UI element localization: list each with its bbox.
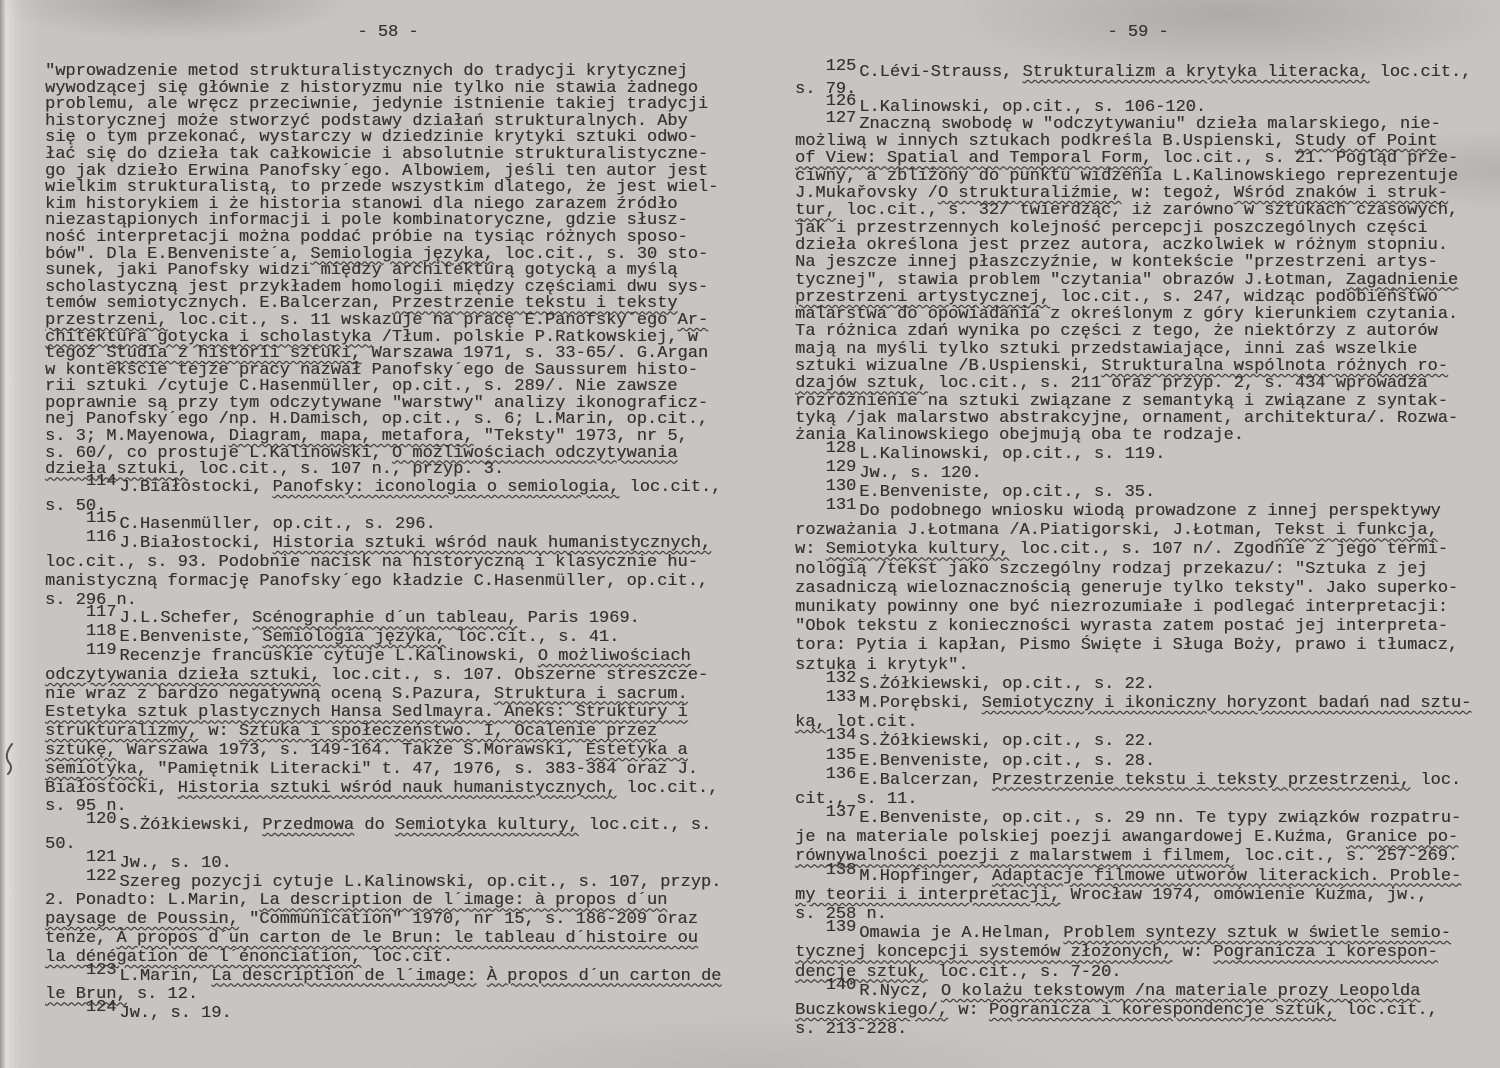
- footnote-marker: 137: [826, 803, 857, 822]
- text-segment: [795, 694, 826, 713]
- text-line: 130E.Benveniste, op.cit., s. 35.: [795, 483, 1481, 502]
- footnote-marker: 115: [86, 509, 117, 528]
- text-segment: [45, 873, 86, 892]
- text-segment: [45, 1004, 86, 1023]
- underlined-title: Estetyka a: [586, 741, 688, 760]
- text-segment: [795, 445, 826, 464]
- text-segment: [795, 867, 826, 886]
- underlined-title: Historia sztuki wśród nauk humanistyczny…: [272, 534, 711, 553]
- text-segment: [795, 752, 826, 771]
- text-line: 129Jw., s. 120.: [795, 464, 1481, 483]
- underlined-title: dencje sztuk,: [795, 963, 928, 982]
- text-segment: rozróżnienie na sztuki związane z semant…: [795, 392, 1448, 411]
- underlined-title: Granice po-: [1346, 828, 1458, 847]
- text-segment: zasadniczą wieloznacznością generuje tyl…: [795, 579, 1458, 598]
- text-segment: E.Benveniste,: [119, 628, 262, 647]
- underlined-title: Przedmowa: [262, 816, 354, 835]
- underlined-title: La description de l´image:: [211, 967, 476, 986]
- footnote-marker: 114: [86, 472, 117, 491]
- text-segment: nologią /tekst jako szczególny rodzaj pr…: [795, 560, 1428, 579]
- text-segment: munikaty powinny one być niezrozumiałe i…: [795, 598, 1448, 617]
- text-segment: loc.cit., s. 107 n., przyp. 3.: [188, 460, 504, 479]
- page-59: - 59 - 125C.Lévi-Strauss, Strukturalizm …: [795, 24, 1481, 1039]
- footnote-marker: 126: [826, 92, 857, 111]
- text-line: J.Mukařovsky /O strukturaliźmie, w: tego…: [795, 185, 1481, 202]
- text-line: zasadniczą wieloznacznością generuje tyl…: [795, 579, 1481, 598]
- text-line: 120S.Żółkiewski, Przedmowa do Semiotyka …: [45, 817, 731, 836]
- text-segment: manistyczną formację Panofsky´ego kładzi…: [45, 572, 708, 591]
- underlined-title: strukturalizmy,: [45, 722, 198, 741]
- footnote-marker: 124: [86, 998, 117, 1017]
- text-segment: [45, 628, 86, 647]
- text-line: s. 50.: [45, 498, 731, 517]
- underlined-title: Buczkowskiego/,: [795, 1001, 948, 1020]
- text-line: równywalności poezji z malarstwem i film…: [795, 847, 1481, 866]
- text-line: 122Szereg pozycji cytuje L.Kalinowski, o…: [45, 874, 731, 893]
- text-segment: M.Hopfinger,: [859, 867, 992, 886]
- underlined-title: przestrzeni artystycznej,: [795, 288, 1050, 307]
- page-number: - 58 -: [45, 24, 731, 42]
- text-segment: S.Żółkiewski, op.cit., s. 22.: [859, 732, 1155, 751]
- text-line: przestrzeni artystycznej, loc.cit., s. 2…: [795, 289, 1481, 306]
- underlined-title: odczytywania dzieła sztuki,: [45, 666, 320, 685]
- text-segment: Ta różnica zdań wynika po części z tego,…: [795, 322, 1438, 341]
- text-segment: L.Marin,: [119, 967, 211, 986]
- text-line: 132S.Żółkiewski, op.cit., s. 22.: [795, 675, 1481, 694]
- text-line: możliwą w innych sztukach podkreśla B.Us…: [795, 133, 1481, 150]
- footnote-marker: 122: [86, 867, 117, 886]
- underlined-title: dzieła sztuki,: [45, 460, 188, 479]
- text-segment: [45, 534, 86, 553]
- text-line: strukturalizmy, w: Sztuka i społeczeństw…: [45, 723, 731, 742]
- body-paragraph: "wprowadzenie metod strukturalistycznych…: [45, 64, 731, 479]
- text-line: ką, lot.cit.: [795, 713, 1481, 732]
- text-line: jak i przestrzennych kolejność percepcji…: [795, 220, 1481, 237]
- text-segment: je na materiale polskiej poezji awangard…: [795, 828, 1346, 847]
- text-segment: dzieła określona jest przez autora, aczk…: [795, 236, 1448, 255]
- text-line: 133M.Porębski, Semiotyczny i ikoniczny h…: [795, 694, 1481, 713]
- footnote-block: 125C.Lévi-Strauss, Strukturalizm a kryty…: [795, 64, 1481, 445]
- text-segment: możliwą w innych sztukach podkreśla B.Us…: [795, 132, 1295, 151]
- text-line: 135E.Benveniste, op.cit., s. 28.: [795, 752, 1481, 771]
- text-segment: E.Benveniste, op.cit., s. 29 nn. Te typy…: [859, 809, 1461, 828]
- underlined-title: Pogranicza i korespon-: [1213, 943, 1437, 962]
- text-segment: [45, 609, 86, 628]
- text-segment: cit., s. 11.: [795, 790, 917, 809]
- text-line: "Obok tekstu z konieczności wyrasta zate…: [795, 617, 1481, 636]
- text-line: le Brun, s. 12.: [45, 986, 731, 1005]
- footnote-block: 114J.Białostocki, Panofsky: iconologia o…: [45, 479, 731, 1024]
- text-segment: loc.cit., s.: [579, 816, 712, 835]
- underlined-title: O kolażu tekstowym /na materiale prozy L…: [941, 982, 1420, 1001]
- text-segment: sztuka i krytyk".: [795, 656, 968, 675]
- text-segment: Paris 1969.: [517, 609, 639, 628]
- footnote-marker: 116: [86, 528, 117, 547]
- text-segment: s. 213-228.: [795, 1020, 907, 1039]
- text-segment: [45, 967, 86, 986]
- underlined-title: À propos d´un carton de: [487, 967, 722, 986]
- text-segment: loc.cit., s. 21. Pogląd prze-: [1152, 149, 1458, 168]
- text-line: tycznej", stawia problem "czytania" obra…: [795, 272, 1481, 289]
- text-line: loc.cit., s. 93. Podobnie nacisk na hist…: [45, 554, 731, 573]
- footnote-marker: 130: [826, 477, 857, 496]
- footnote-marker: 123: [86, 961, 117, 980]
- text-line: 140R.Nycz, O kolażu tekstowym /na materi…: [795, 982, 1481, 1001]
- text-line: 115C.Hasenmüller, op.cit., s. 296.: [45, 516, 731, 535]
- text-segment: M.Porębski,: [859, 694, 981, 713]
- page-text: 125C.Lévi-Strauss, Strukturalizm a kryty…: [795, 64, 1481, 1039]
- footnote-marker: 134: [826, 726, 857, 745]
- text-line: żania Kalinowskiego obejmują oba te rodz…: [795, 427, 1481, 444]
- text-line: rozważania J.Łotmana /A.Piatigorski, J.Ł…: [795, 521, 1481, 540]
- text-segment: S.Żółkiewski, op.cit., s. 22.: [859, 675, 1155, 694]
- text-line: 134S.Żółkiewski, op.cit., s. 22.: [795, 732, 1481, 751]
- text-segment: E.Benveniste, op.cit., s. 35.: [859, 483, 1155, 502]
- underlined-title: À propos d´un carton de le Brun: le tabl…: [116, 929, 698, 948]
- text-line: tur, loc.cit., s. 32/ twierdząc, iż zaró…: [795, 202, 1481, 219]
- text-segment: [795, 98, 826, 117]
- text-line: 121Jw., s. 10.: [45, 855, 731, 874]
- text-line: 2. Ponadto: L.Marin, La description de l…: [45, 892, 731, 911]
- text-segment: [795, 924, 826, 943]
- text-segment: [795, 982, 826, 1001]
- text-segment: [795, 115, 826, 134]
- book-scan: - 58 - "wprowadzenie metod strukturalist…: [0, 0, 1500, 1068]
- text-segment: tycznej", stawia problem "czytania" obra…: [795, 271, 1346, 290]
- underlined-title: równywalności poezji z malarstwem i film…: [795, 847, 1234, 866]
- text-line: s. 79.: [795, 81, 1481, 98]
- text-segment: loc.cit.,: [619, 478, 721, 497]
- text-segment: L.Kalinowski, op.cit., s. 119.: [859, 445, 1165, 464]
- text-line: sztukę, Warszawa 1973, s. 149-164. Także…: [45, 742, 731, 761]
- text-line: 131Do podobnego wniosku wiodą prowadzone…: [795, 502, 1481, 521]
- text-line: 118E.Benveniste, Semiologia języka, loc.…: [45, 629, 731, 648]
- text-segment: Recenzje francuskie cytuje L.Kalinowski,: [119, 647, 537, 666]
- text-line: tyką /jak malarstwo abstrakcyjne, orname…: [795, 410, 1481, 427]
- underlined-title: Strukturalna wspólnota różnych ro-: [1101, 357, 1448, 376]
- underlined-title: Struktura i sacrum.: [494, 685, 688, 704]
- text-segment: [45, 647, 86, 666]
- footnote-marker: 135: [826, 746, 857, 765]
- text-segment: loc.cit.: [361, 948, 453, 967]
- text-line: mają na myśli tylko sztuki przedstawiają…: [795, 341, 1481, 358]
- underlined-title: Estetyka sztuk plastycznych Hansa Sedlma…: [45, 703, 688, 722]
- text-line: 117J.L.Schefer, Scénographie d´un tablea…: [45, 610, 731, 629]
- page-58: - 58 - "wprowadzenie metod strukturalist…: [45, 24, 731, 1024]
- text-line: ciwny, a zbliżony do punktu widzenia L.K…: [795, 168, 1481, 185]
- text-segment: S.Żółkiewski,: [119, 816, 262, 835]
- text-segment: rozważania J.Łotmana /A.Piatigorski, J.Ł…: [795, 521, 1274, 540]
- text-line: 139Omawia je A.Helman, Problem syntezy s…: [795, 924, 1481, 943]
- text-segment: J.Mukařovsky /: [795, 184, 938, 203]
- underlined-title: my teorii i interpretacji,: [795, 886, 1060, 905]
- footnote-marker: 136: [826, 765, 857, 784]
- text-segment: E.Balcerzan,: [859, 771, 992, 790]
- underlined-title: sztukę,: [45, 741, 116, 760]
- text-segment: "Obok tekstu z konieczności wyrasta zate…: [795, 617, 1448, 636]
- text-segment: w:: [795, 540, 826, 559]
- text-line: 127Znaczną swobodę w "odczytywaniu" dzie…: [795, 116, 1481, 133]
- page-text: "wprowadzenie metod strukturalistycznych…: [45, 64, 731, 1024]
- text-segment: mają na myśli tylko sztuki przedstawiają…: [795, 340, 1417, 359]
- text-line: Estetyka sztuk plastycznych Hansa Sedlma…: [45, 704, 731, 723]
- text-line: 123L.Marin, La description de l´image: À…: [45, 968, 731, 987]
- underlined-title: paysage de Poussin,: [45, 910, 239, 929]
- text-segment: "Communication" 1970, nr 15, s. 186-209 …: [239, 910, 698, 929]
- text-line: s. 213-228.: [795, 1020, 1481, 1039]
- underlined-title: Sztuka i społeczeństwo. I, Ocalenie prze…: [239, 722, 657, 741]
- text-segment: [45, 515, 86, 534]
- text-segment: J.Białostocki,: [119, 534, 272, 553]
- text-line: 119Recenzje francuskie cytuje L.Kalinows…: [45, 648, 731, 667]
- text-segment: w:: [1172, 943, 1213, 962]
- text-line: paysage de Poussin, "Communication" 1970…: [45, 911, 731, 930]
- text-segment: nie wraz z bardzo negatywną oceną S.Pazu…: [45, 685, 494, 704]
- text-line: Na jeszcze innej płaszczyźnie, w kontekś…: [795, 254, 1481, 271]
- text-line: sztuka i krytyk".: [795, 656, 1481, 675]
- underlined-title: Przestrzenie tekstu i teksty przestrzeni…: [992, 771, 1410, 790]
- text-line: my teorii i interpretacji, Wrocław 1974,…: [795, 886, 1481, 905]
- footnote-marker: 120: [86, 810, 117, 829]
- text-segment: C.Hasenmüller, op.cit., s. 296.: [119, 515, 435, 534]
- text-segment: loc.cit., s. 7-20.: [928, 963, 1122, 982]
- footnote-marker: 133: [826, 688, 857, 707]
- text-segment: Szereg pozycji cytuje L.Kalinowski, op.c…: [119, 873, 721, 892]
- text-line: 137E.Benveniste, op.cit., s. 29 nn. Te t…: [795, 809, 1481, 828]
- underlined-title: Semiotyka kultury,: [395, 816, 579, 835]
- underlined-title: Zagadnienie: [1346, 271, 1458, 290]
- text-segment: tora: Pytia i kapłan, Pismo Święte i Słu…: [795, 636, 1458, 655]
- underlined-title: tur,: [795, 201, 836, 220]
- underlined-title: Study of Point: [1295, 132, 1438, 151]
- text-segment: Jw., s. 19.: [119, 1004, 231, 1023]
- text-line: 136E.Balcerzan, Przestrzenie tekstu i te…: [795, 771, 1481, 790]
- text-segment: loc.cit., s. 93. Podobnie nacisk na hist…: [45, 553, 698, 572]
- footnote-marker: 128: [826, 439, 857, 458]
- text-segment: tenże,: [45, 929, 116, 948]
- text-segment: L.Kalinowski, op.cit., s. 106-120.: [859, 98, 1206, 117]
- text-segment: sztuki wizualne /B.Uspienski,: [795, 357, 1101, 376]
- text-segment: [795, 809, 826, 828]
- text-segment: loc.cit., s. 41.: [446, 628, 619, 647]
- footnote-marker: 119: [86, 641, 117, 660]
- underlined-title: of View: Spatial and Temporal Form,: [795, 149, 1152, 168]
- text-line: munikaty powinny one być niezrozumiałe i…: [795, 598, 1481, 617]
- text-line: nie wraz z bardzo negatywną oceną S.Pazu…: [45, 686, 731, 705]
- text-line: malarstwa do opowiadania z określonym z …: [795, 306, 1481, 323]
- text-segment: Omawia je A.Helman,: [859, 924, 1063, 943]
- underlined-title: La description de l´image: à propos d´un: [259, 891, 667, 910]
- text-segment: Do podobnego wniosku wiodą prowadzone z …: [859, 502, 1441, 521]
- underlined-title: Semiologia języka,: [262, 628, 446, 647]
- underlined-title: Strukturalizm a krytyka literacka,: [1022, 63, 1369, 82]
- text-segment: [795, 483, 826, 502]
- text-line: w: Semiotyka kultury, loc.cit., s. 107 n…: [795, 540, 1481, 559]
- underlined-title: ką,: [795, 713, 826, 732]
- text-segment: w:: [948, 1001, 989, 1020]
- underlined-title: Pogranicza i korespondencje sztuk,: [989, 1001, 1336, 1020]
- text-segment: [795, 771, 826, 790]
- footnote-marker: 131: [826, 496, 857, 515]
- text-segment: loc.: [1410, 771, 1461, 790]
- text-segment: loc.cit., s. 247, widząc podobieństwo: [1050, 288, 1438, 307]
- underlined-title: Problem syntezy sztuk w świetle semio-: [1063, 924, 1451, 943]
- text-segment: jak i przestrzennych kolejność percepcji…: [795, 219, 1428, 238]
- text-segment: [795, 675, 826, 694]
- underlined-title: Panofsky: iconologia o semiologia,: [272, 478, 619, 497]
- text-segment: J.L.Schefer,: [119, 609, 252, 628]
- text-segment: C.Lévi-Strauss,: [859, 63, 1022, 82]
- text-line: nologią /tekst jako szczególny rodzaj pr…: [795, 560, 1481, 579]
- text-segment: w:: [198, 722, 239, 741]
- text-segment: loc.cit., s. 107 n/. Zgodnie z jego term…: [1009, 540, 1448, 559]
- text-line: 128L.Kalinowski, op.cit., s. 119.: [795, 445, 1481, 464]
- text-segment: 50.: [45, 835, 76, 854]
- text-line: 50.: [45, 836, 731, 855]
- footnote-block: 128L.Kalinowski, op.cit., s. 119. 129Jw.…: [795, 445, 1481, 1040]
- footnote-marker: 132: [826, 669, 857, 688]
- text-line: semiotyka, "Pamiętnik Literacki" t. 47, …: [45, 761, 731, 780]
- text-segment: Jw., s. 10.: [119, 854, 231, 873]
- text-segment: Wrocław 1974, omówienie Kuźma, jw.,: [1060, 886, 1427, 905]
- text-line: Białostocki, Historia sztuki wśród nauk …: [45, 780, 731, 799]
- text-line: 116J.Białostocki, Historia sztuki wśród …: [45, 535, 731, 554]
- text-line: tycznej koncepcji systemów złożonych, w:…: [795, 943, 1481, 962]
- text-segment: loc.cit., s. 211 oraz przyp. 2, s. 434 w…: [928, 374, 1428, 393]
- text-line: s. 95 n.: [45, 798, 731, 817]
- text-segment: [45, 854, 86, 873]
- text-segment: E.Benveniste, op.cit., s. 28.: [859, 752, 1155, 771]
- footnote-marker: 117: [86, 603, 117, 622]
- pen-mark: [2, 742, 16, 776]
- text-segment: Warszawa 1973, s. 149-164. Także S.Moraw…: [116, 741, 585, 760]
- text-segment: Na jeszcze innej płaszczyźnie, w kontekś…: [795, 253, 1438, 272]
- text-line: la dénégation de l´énonciation, loc.cit.: [45, 949, 731, 968]
- footnote-marker: 121: [86, 848, 117, 867]
- text-line: je na materiale polskiej poezji awangard…: [795, 828, 1481, 847]
- text-line: odczytywania dzieła sztuki, loc.cit., s.…: [45, 667, 731, 686]
- text-line: tenże, À propos d´un carton de le Brun: …: [45, 930, 731, 949]
- text-line: 125C.Lévi-Strauss, Strukturalizm a kryty…: [795, 64, 1481, 81]
- text-line: of View: Spatial and Temporal Form, loc.…: [795, 150, 1481, 167]
- text-line: 114J.Białostocki, Panofsky: iconologia o…: [45, 479, 731, 498]
- text-line: rozróżnienie na sztuki związane z semant…: [795, 393, 1481, 410]
- footnote-marker: 118: [86, 622, 117, 641]
- text-segment: Jw., s. 120.: [859, 464, 981, 483]
- text-segment: loc.cit.,: [616, 779, 718, 798]
- text-segment: [795, 502, 826, 521]
- underlined-title: Tekst i funkcja,: [1274, 521, 1437, 540]
- text-segment: [45, 478, 86, 497]
- underlined-title: tycznej koncepcji systemów złożonych,: [795, 943, 1172, 962]
- text-segment: loc.cit., s. 107. Obszerne streszcze-: [320, 666, 708, 685]
- text-segment: loc.cit., s. 257-269.: [1234, 847, 1458, 866]
- underlined-title: Wśród znaków i struk-: [1234, 184, 1448, 203]
- underlined-title: O możliwościach: [538, 647, 691, 666]
- text-line: 126L.Kalinowski, op.cit., s. 106-120.: [795, 99, 1481, 116]
- text-segment: w: tegoż,: [1121, 184, 1233, 203]
- text-line: dzieła określona jest przez autora, aczk…: [795, 237, 1481, 254]
- underlined-title: O strukturaliźmie,: [938, 184, 1122, 203]
- text-segment: malarstwa do opowiadania z określonym z …: [795, 305, 1458, 324]
- text-segment: Znaczną swobodę w "odczytywaniu" dzieła …: [859, 115, 1441, 134]
- footnote-marker: 125: [826, 57, 857, 76]
- text-segment: [477, 967, 487, 986]
- text-segment: J.Białostocki,: [119, 478, 272, 497]
- text-segment: [795, 63, 826, 82]
- underlined-title: Semiotyka kultury,: [826, 540, 1010, 559]
- text-segment: loc.cit.,: [1369, 63, 1471, 82]
- text-segment: [45, 816, 86, 835]
- text-line: dzajów sztuk, loc.cit., s. 211 oraz przy…: [795, 375, 1481, 392]
- underlined-title: Semiotyczny i ikoniczny horyzont badań n…: [982, 694, 1472, 713]
- footnote-marker: 138: [826, 861, 857, 880]
- footnote-marker: 127: [826, 109, 857, 128]
- text-segment: do: [354, 816, 395, 835]
- text-segment: tyką /jak malarstwo abstrakcyjne, orname…: [795, 409, 1458, 428]
- footnote-marker: 140: [826, 976, 857, 995]
- text-segment: loc.cit., s. 32/ twierdząc, iż zarówno w…: [836, 201, 1458, 220]
- text-line: cit., s. 11.: [795, 790, 1481, 809]
- page-number: - 59 -: [795, 24, 1481, 42]
- text-line: dencje sztuk, loc.cit., s. 7-20.: [795, 963, 1481, 982]
- footnote-marker: 129: [826, 458, 857, 477]
- footnote-marker: 139: [826, 918, 857, 937]
- text-line: s. 258 n.: [795, 905, 1481, 924]
- text-line: 124Jw., s. 19.: [45, 1005, 731, 1024]
- text-segment: [795, 732, 826, 751]
- text-line: manistyczną formację Panofsky´ego kładzi…: [45, 573, 731, 592]
- text-line: Buczkowskiego/, w: Pogranicza i korespon…: [795, 1001, 1481, 1020]
- underlined-title: dzajów sztuk,: [795, 374, 928, 393]
- text-segment: "Pamiętnik Literacki" t. 47, 1976, s. 38…: [147, 760, 698, 779]
- text-line: Ta różnica zdań wynika po części z tego,…: [795, 323, 1481, 340]
- text-segment: Białostocki,: [45, 779, 178, 798]
- text-segment: ciwny, a zbliżony do punktu widzenia L.K…: [795, 167, 1458, 186]
- text-line: 138M.Hopfinger, Adaptacje filmowe utworó…: [795, 867, 1481, 886]
- text-line: dzieła sztuki, loc.cit., s. 107 n., przy…: [45, 462, 731, 479]
- underlined-title: Scénographie d´un tableau,: [252, 609, 517, 628]
- text-segment: s. 12.: [127, 985, 198, 1004]
- text-line: sztuki wizualne /B.Uspienski, Struktural…: [795, 358, 1481, 375]
- underlined-title: semiotyka,: [45, 760, 147, 779]
- text-segment: 2. Ponadto: L.Marin,: [45, 891, 259, 910]
- text-segment: żania Kalinowskiego obejmują oba te rodz…: [795, 426, 1244, 445]
- underlined-title: Adaptacje filmowe utworów literackich. P…: [992, 867, 1461, 886]
- text-line: s. 296 n.: [45, 592, 731, 611]
- text-segment: loc.cit.,: [1336, 1001, 1438, 1020]
- text-segment: [795, 464, 826, 483]
- text-segment: R.Nycz,: [859, 982, 941, 1001]
- text-line: tora: Pytia i kapłan, Pismo Święte i Słu…: [795, 636, 1481, 655]
- underlined-title: Historia sztuki wśród nauk humanistyczny…: [178, 779, 617, 798]
